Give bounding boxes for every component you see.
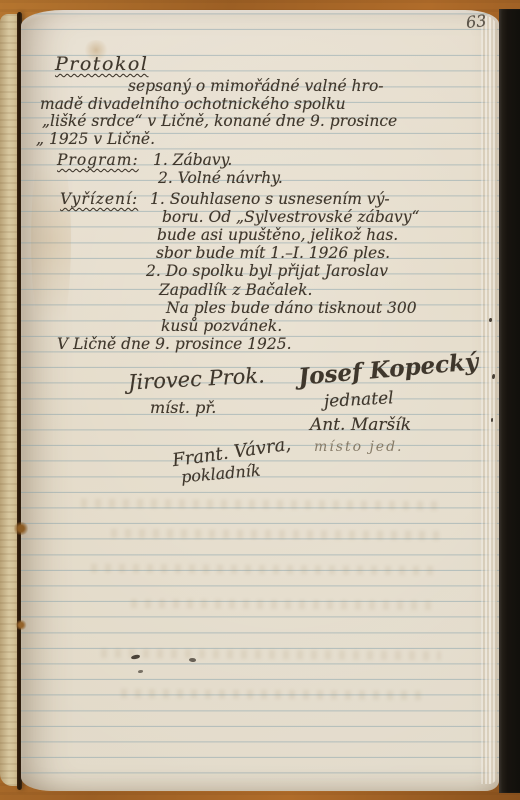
signature-role: místo jed. xyxy=(314,440,403,454)
program-label: Program: xyxy=(57,153,139,169)
resolution-line: boru. Od „Sylvestrovské zábavy“ xyxy=(162,210,419,226)
signature-role: míst. př. xyxy=(150,400,216,416)
program-item: 2. Volné návrhy. xyxy=(158,171,283,187)
program-item: 1. Zábavy. xyxy=(153,153,232,169)
page-number: 63 xyxy=(465,13,487,31)
photo-scene: 63 Protokol sepsaný o mimořádné valné hr… xyxy=(0,0,520,800)
resolution-line: 2. Do spolku byl přijat Jaroslav xyxy=(146,264,388,280)
intro-line: „lišké srdce“ v Ličně, konané dne 9. pro… xyxy=(42,114,397,130)
intro-line: „ 1925 v Ličně. xyxy=(36,132,155,148)
signature-name: Ant. Maršík xyxy=(310,417,411,434)
resolution-line: kusů pozvánek. xyxy=(161,319,282,335)
intro-line: sepsaný o mimořádné valné hro- xyxy=(128,79,384,95)
dateline: V Ličně dne 9. prosince 1925. xyxy=(57,337,292,353)
resolution-line: sbor bude mít 1.–I. 1926 ples. xyxy=(156,246,390,262)
resolution-line: bude asi upuštěno, jelikož has. xyxy=(157,228,398,244)
book-cover-edge xyxy=(499,9,520,793)
document-title: Protokol xyxy=(55,55,148,74)
resolution-label: Vyřízení: xyxy=(60,192,138,208)
ink-speck xyxy=(491,418,493,422)
signature-role: jednatel xyxy=(324,390,394,411)
resolution-line: Na ples bude dáno tisknout 300 xyxy=(166,301,417,317)
intro-line: madě divadelního ochotnického spolku xyxy=(40,97,346,113)
resolution-line: Zapadlík z Bačalek. xyxy=(159,283,312,299)
right-page-edge-stack xyxy=(481,16,497,784)
resolution-line: 1. Souhlaseno s usnesením vý- xyxy=(150,192,390,208)
